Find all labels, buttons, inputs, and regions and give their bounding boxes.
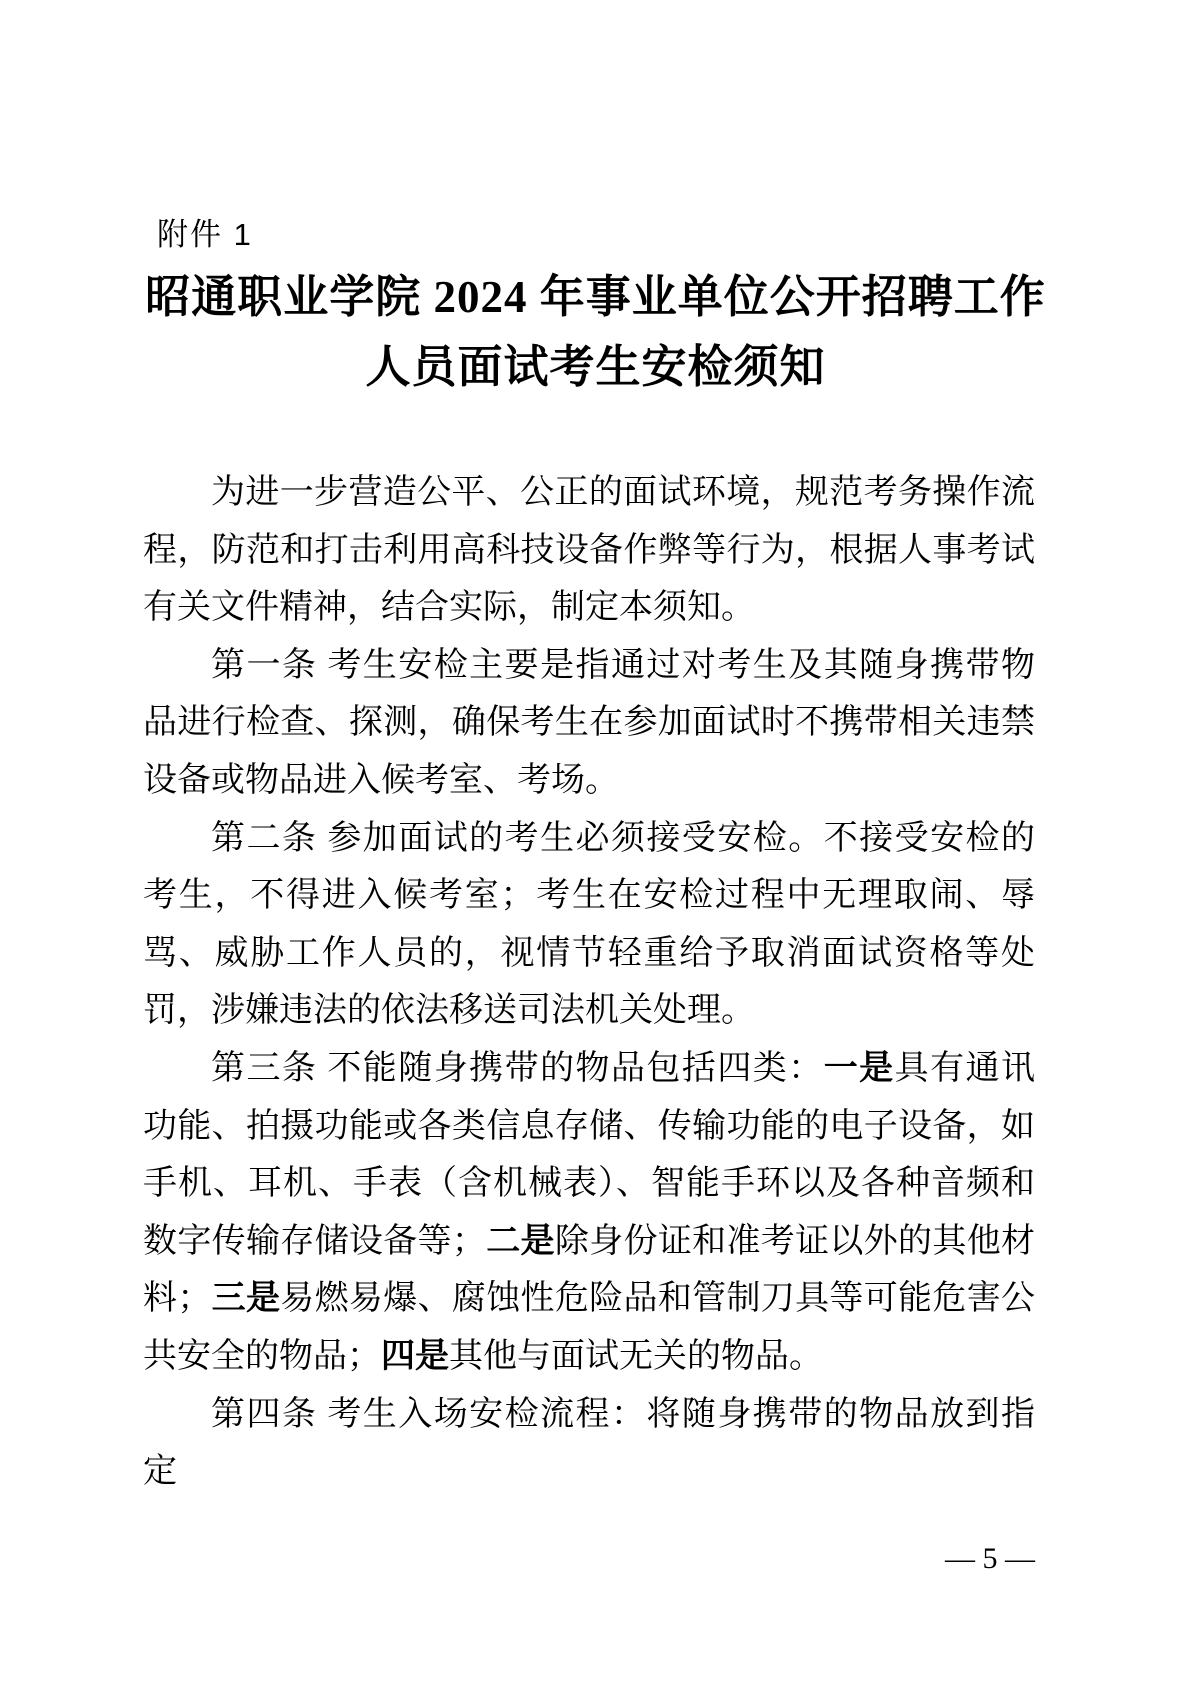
paragraph: 第一条 考生安检主要是指通过对考生及其随身携带物品进行检查、探测，确保考生在参加…: [143, 637, 1035, 810]
bold-text-segment: 四是: [381, 1338, 449, 1375]
text-segment: 第二条 参加面试的考生必须接受安检。不接受安检的考生，不得进入候考室；考生在安检…: [143, 820, 1035, 1030]
bold-text-segment: 一是: [824, 1050, 895, 1087]
attachment-label: 附件 1: [157, 214, 253, 256]
document-title-line-1: 昭通职业学院 2024 年事业单位公开招聘工作: [0, 262, 1191, 332]
text-segment: 其他与面试无关的物品。: [449, 1338, 823, 1375]
text-segment: 第三条 不能随身携带的物品包括四类：: [211, 1050, 824, 1087]
document-title-line-2: 人员面试考生安检须知: [0, 332, 1191, 402]
text-segment: 第四条 考生入场安检流程：将随身携带的物品放到指定: [143, 1396, 1035, 1491]
paragraph: 第四条 考生入场安检流程：将随身携带的物品放到指定: [143, 1386, 1035, 1501]
paragraph: 第三条 不能随身携带的物品包括四类：一是具有通讯功能、拍摄功能或各类信息存储、传…: [143, 1040, 1035, 1386]
document-page: { "document": { "attachment_label": "附件 …: [0, 0, 1191, 1684]
text-segment: 第一条 考生安检主要是指通过对考生及其随身携带物品进行检查、探测，确保考生在参加…: [143, 647, 1035, 799]
document-body: 为进一步营造公平、公正的面试环境，规范考务操作流程，防范和打击利用高科技设备作弊…: [143, 464, 1035, 1501]
text-segment: 为进一步营造公平、公正的面试环境，规范考务操作流程，防范和打击利用高科技设备作弊…: [143, 474, 1035, 626]
paragraph: 为进一步营造公平、公正的面试环境，规范考务操作流程，防范和打击利用高科技设备作弊…: [143, 464, 1035, 637]
document-title: 昭通职业学院 2024 年事业单位公开招聘工作 人员面试考生安检须知: [0, 262, 1191, 402]
bold-text-segment: 三是: [211, 1280, 280, 1317]
paragraph: 第二条 参加面试的考生必须接受安检。不接受安检的考生，不得进入候考室；考生在安检…: [143, 810, 1035, 1040]
bold-text-segment: 二是: [486, 1223, 555, 1260]
page-number: — 5 —: [880, 1542, 1100, 1576]
